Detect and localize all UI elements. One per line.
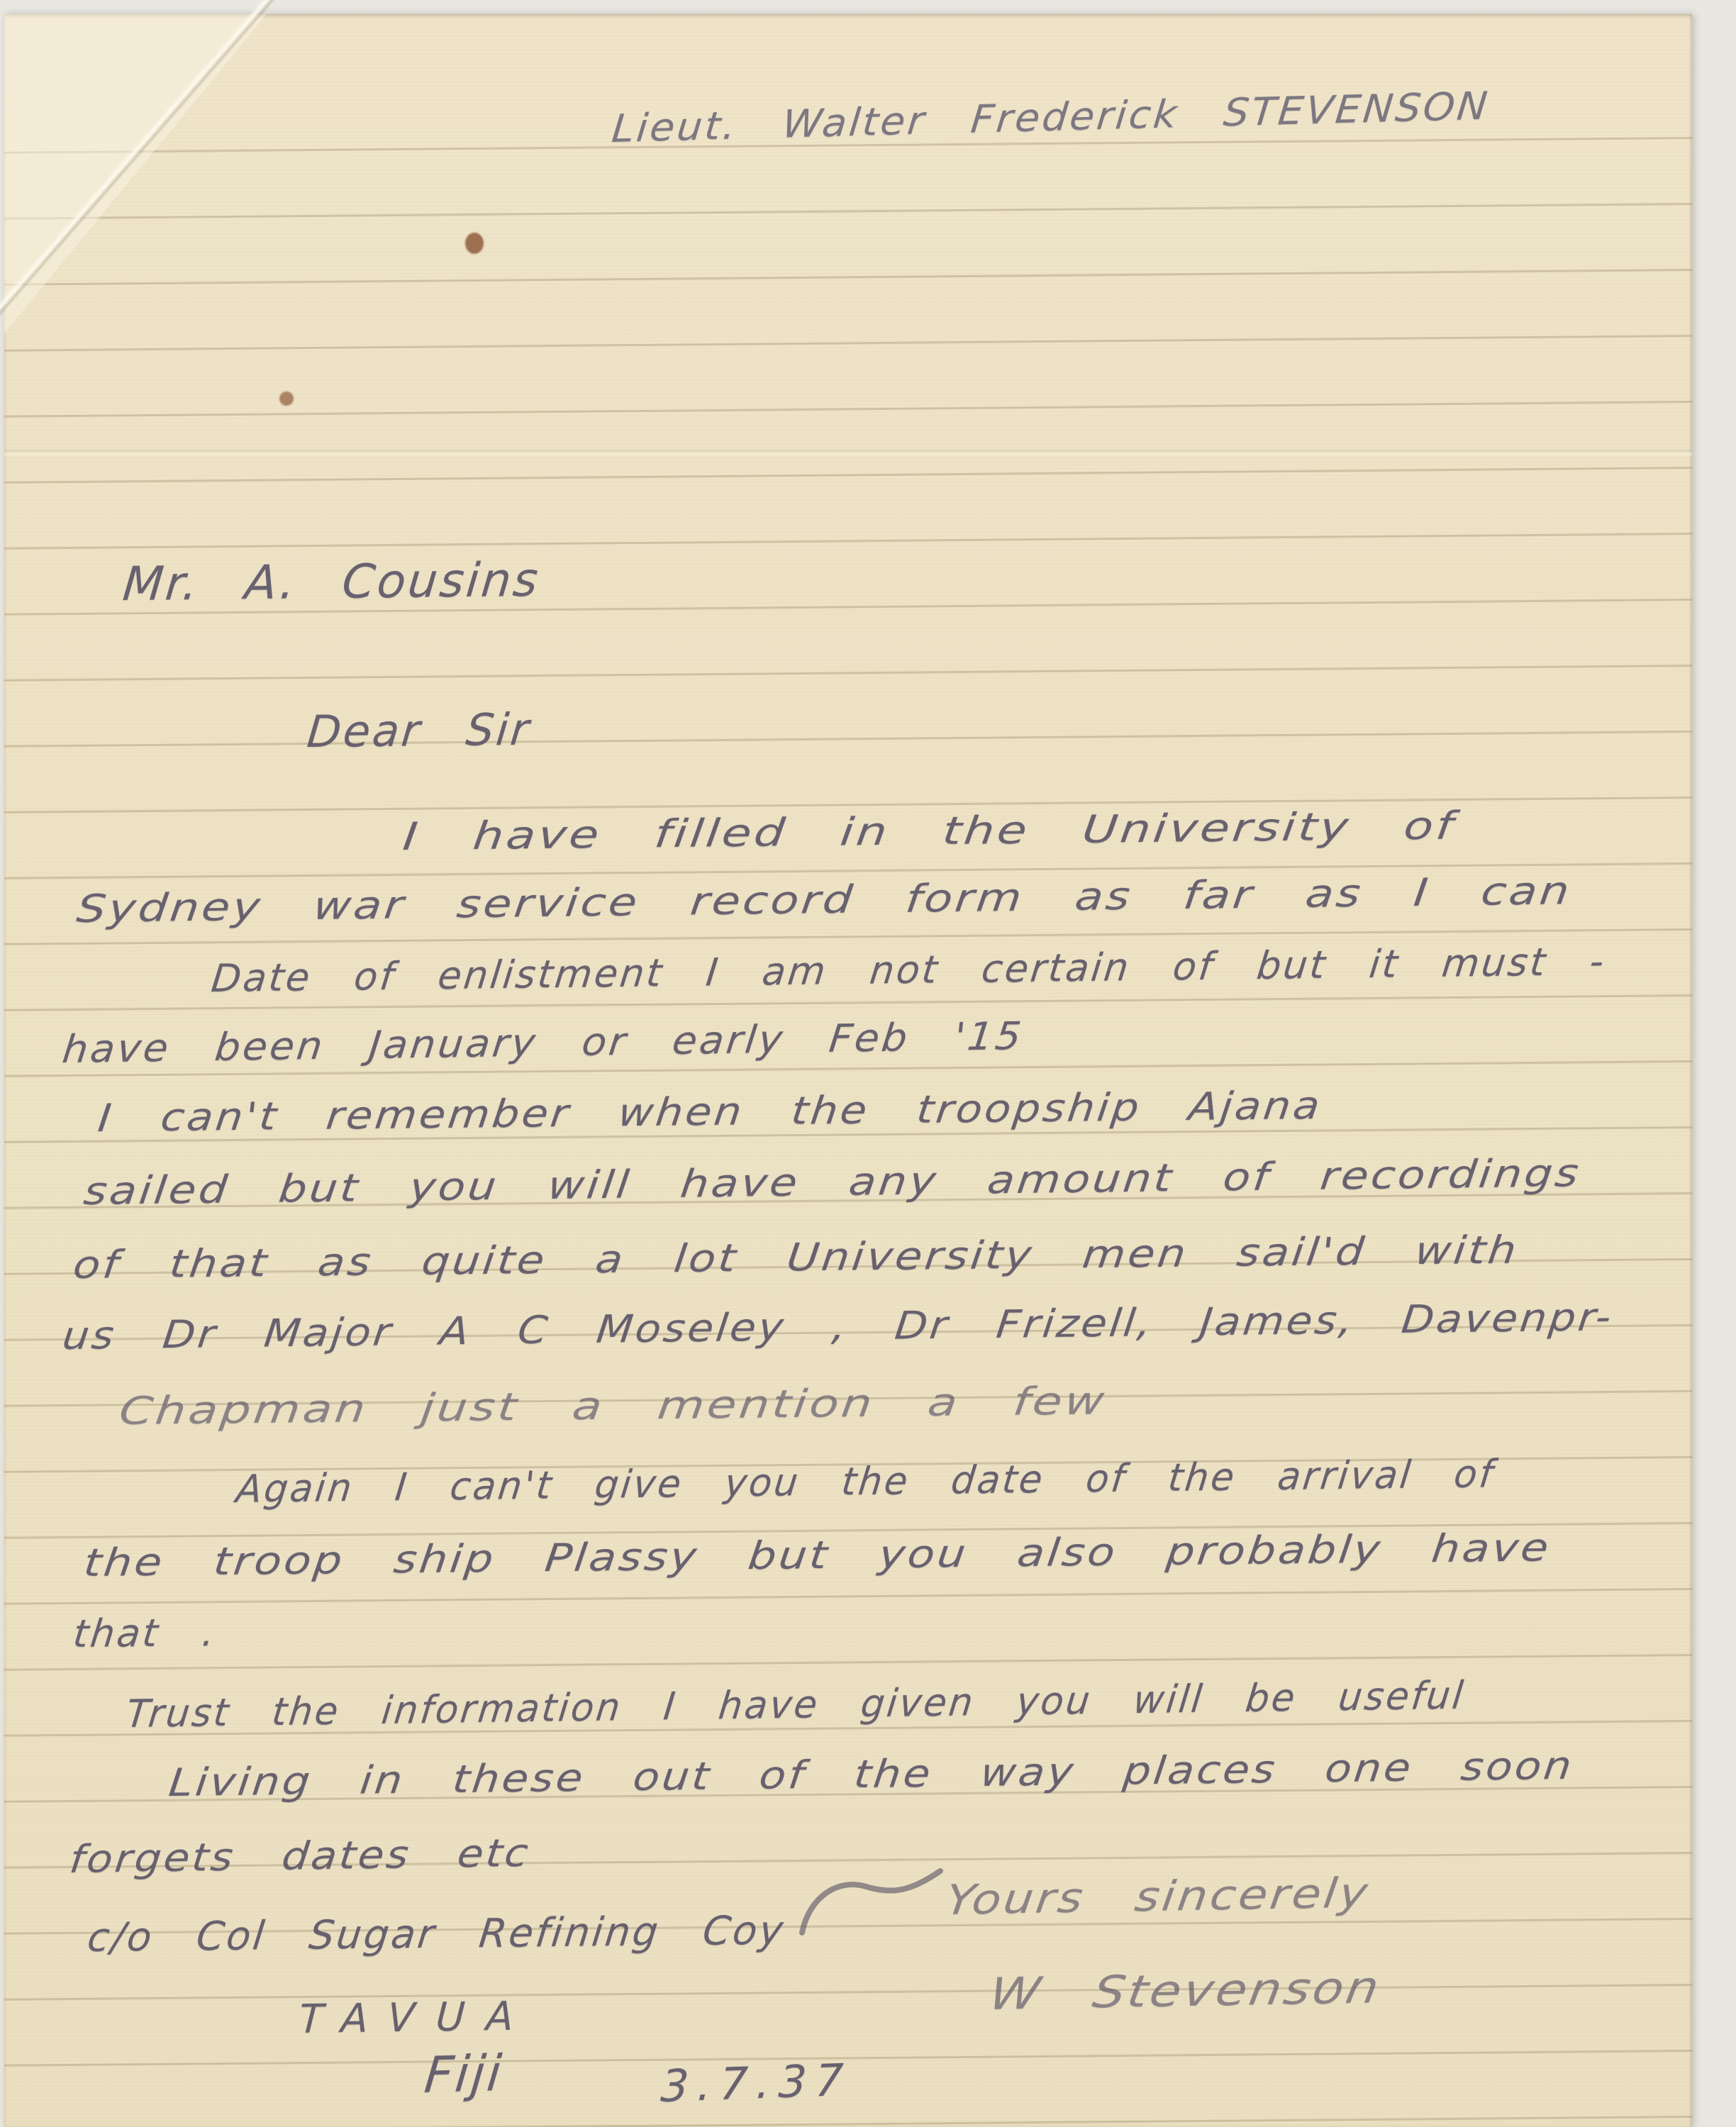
- ruled-line: [4, 203, 1692, 220]
- rust-pin-mark: [279, 391, 294, 406]
- addressee-line: Mr. A. Cousins: [121, 552, 542, 611]
- ruled-line: [4, 533, 1692, 550]
- valediction-flourish-stroke: [799, 1858, 955, 1950]
- body-line-1: I have filled in the University of: [401, 803, 1458, 859]
- body-line-7: of that as quite a lot University men sa…: [71, 1228, 1521, 1287]
- sender-address-line-2: TAVUA: [298, 1993, 536, 2043]
- body-line-9: Chapman just a mention a few: [117, 1378, 1109, 1433]
- body-line-2: Sydney war service record form as far as…: [74, 868, 1574, 931]
- scanned-letter-page: { "palette": { "background": "#e9e7e2", …: [0, 0, 1736, 2127]
- body-line-15: forgets dates etc: [67, 1831, 533, 1882]
- date-line: 3.7.37: [660, 2053, 853, 2112]
- body-line-3: Date of enlistment I am not certain of b…: [209, 939, 1608, 1001]
- ruled-line: [4, 731, 1692, 748]
- sender-address-line-1: c/o Col Sugar Refining Coy: [85, 1908, 787, 1961]
- signature: W Stevenson: [986, 1961, 1385, 2020]
- body-line-6: sailed but you will have any amount of r…: [82, 1150, 1584, 1214]
- body-line-10: Again I can't give you the date of the a…: [234, 1451, 1497, 1511]
- salutation-line: Dear Sir: [305, 704, 533, 757]
- ruled-line: [4, 269, 1692, 286]
- valediction-line: Yours sincerely: [943, 1868, 1373, 1924]
- ruled-line: [4, 1654, 1692, 1671]
- rust-pin-mark: [465, 233, 484, 254]
- ruled-line: [4, 1984, 1692, 2001]
- body-line-8: us Dr Major A C Moseley , Dr Frizell, Ja…: [60, 1294, 1615, 1358]
- body-line-12: that .: [71, 1610, 219, 1656]
- sender-address-line-3: Fiji: [422, 2044, 506, 2104]
- horizontal-crease: [4, 448, 1692, 457]
- body-line-13: Trust the information I have given you w…: [124, 1673, 1467, 1736]
- ruled-line: [4, 665, 1692, 682]
- ruled-line: [4, 401, 1692, 418]
- ruled-line: [4, 1588, 1692, 1605]
- ruled-line: [4, 335, 1692, 352]
- ruled-line: [4, 467, 1692, 484]
- ruled-line: [4, 2116, 1692, 2127]
- body-line-14: Living in these out of the way places on…: [167, 1743, 1576, 1805]
- folded-corner: [4, 14, 267, 333]
- body-line-4: have been January or early Feb '15: [60, 1013, 1025, 1072]
- letter-paper: Lieut. Walter Frederick STEVENSON Mr. A.…: [4, 14, 1692, 2127]
